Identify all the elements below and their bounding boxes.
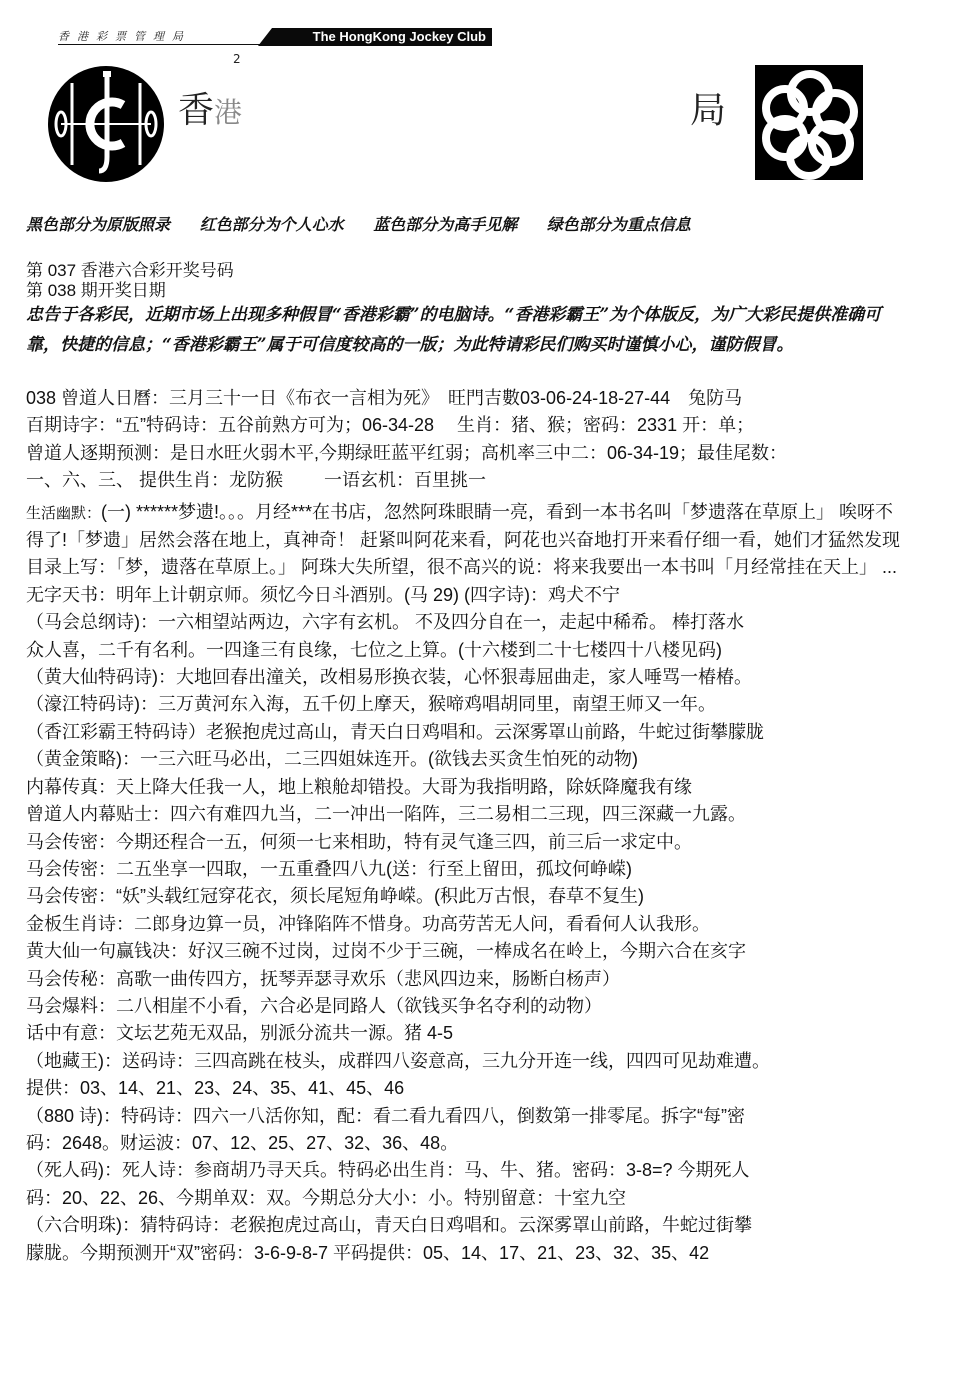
legend-black: 黑色部分为原版照录 [26, 215, 170, 234]
warning-notice: 忠告于各彩民，近期市场上出现多种假冒“香港彩霸”的电脑诗。“香港彩霸王”为个体版… [26, 300, 906, 360]
content-line: 百期诗字：“五”特码诗：五谷前熟方可为；06-34-28 生肖：猪、猴；密码：2… [26, 412, 906, 439]
content-line: （黄金策略)：一三六旺马必出，二三四姐妹连开。(欲钱去买贪生怕死的动物) [26, 746, 906, 773]
content-line: 黄大仙一句赢钱决：好汉三碗不过岗，过岗不少于三碗，一棒成名在岭上，今期六合在亥字 [26, 938, 906, 965]
content-line: 038 曾道人日曆：三月三十一日《布衣一言相为死》 旺門吉數03-06-24-1… [26, 385, 906, 412]
content-line: （马会总纲诗)：一六相望站两边，六字有玄机。 不及四分自在一，走起中稀希。 棒打… [26, 609, 906, 636]
legend-red: 红色部分为个人心水 [200, 215, 344, 234]
content-line: 马会传秘：高歌一曲传四方，抚琴弄瑟寻欢乐（悲风四边来，肠断白杨声） [26, 966, 906, 993]
content-line: 曾道人内幕贴士：四六有难四九当，二一冲出一陷阵，三二易相二三现，四三深藏一九露。 [26, 801, 906, 828]
content-line: 提供：03、14、21、23、24、35、41、45、46 [26, 1075, 906, 1102]
content-line: （濠江特码诗)：三万黄河东入海，五千仞上摩天，猴啼鸡唱胡同里，南望王师又一年。 [26, 691, 906, 718]
content-line: 曾道人逐期预测：是日水旺火弱木平,今期绿旺蓝平红弱；高机率三中二：06-34-1… [26, 440, 906, 467]
legend-green: 绿色部分为重点信息 [547, 215, 691, 234]
content-line: 话中有意：文坛艺苑无双品，别派分流共一源。猪 4-5 [26, 1020, 906, 1047]
content-line: 众人喜，二千有名利。一四逢三有良缘，七位之上算。(十六楼到二十七楼四十八楼见码) [26, 637, 906, 664]
title-fragment-left: 香港 [178, 82, 242, 133]
title-char-partial: 港 [214, 96, 242, 129]
banner-english-title: The HongKong Jockey Club [258, 28, 492, 46]
legend-blue: 蓝色部分为高手见解 [373, 215, 517, 234]
content-line: 金板生肖诗：二郎身边算一员，冲锋陷阵不惜身。功高劳苦无人问，看看何人认我形。 [26, 911, 906, 938]
content-line: 马会传密：今期还程合一五，何须一七来相助，特有灵气逢三四，前三后一求定中。 [26, 829, 906, 856]
header-banner: 香港彩票管理局 The HongKong Jockey Club [58, 28, 492, 46]
jockey-club-logo-icon [47, 65, 165, 183]
content-line: 码：20、22、26、今期单双：双。今期总分大小：小。特别留意：十室九空 [26, 1185, 906, 1212]
content-line: 马会传密：二五坐享一四取，一五重叠四八九(送：行至上留田，孤坟何峥嵘) [26, 856, 906, 883]
banner-underline [58, 44, 288, 45]
content-line: （地藏王)：送码诗：三四高跳在枝头，成群四八姿意高，三九分开连一线，四四可见劫难… [26, 1048, 906, 1075]
content-line: （死人码)：死人诗：参商胡乃寻天兵。特码必出生肖：马、牛、猪。密码：3-8=? … [26, 1157, 906, 1184]
main-content: 038 曾道人日曆：三月三十一日《布衣一言相为死》 旺門吉數03-06-24-1… [26, 385, 906, 1267]
humor-text: (一) ******梦遗!。。。月经***在书店，忽然阿珠眼睛一亮，看到一本书名… [26, 502, 900, 578]
content-line: 朦胧。今期预测开“双”密码：3-6-9-8-7 平码提供：05、14、17、21… [26, 1240, 906, 1267]
flower-rings-logo-icon [755, 65, 863, 180]
title-char: 香 [178, 90, 214, 131]
content-line: （黄大仙特码诗)：大地回春出潼关，改相易形换衣装，心怀狠毒屈曲走，家人唾骂一椿椿… [26, 664, 906, 691]
content-line: （香江彩霸王特码诗）老猴抱虎过高山，青天白日鸡唱和。云深雾罩山前路，牛蛇过街攀朦… [26, 719, 906, 746]
content-line: 码：2648。财运波：07、12、25、27、32、36、48。 [26, 1130, 906, 1157]
humor-label: 生活幽默： [26, 505, 101, 522]
content-line: 马会爆料：二八相崖不小看，六合必是同路人（欲钱买争名夺利的动物） [26, 993, 906, 1020]
content-line: （六合明珠)：猜特码诗：老猴抱虎过高山，青天白日鸡唱和。云深雾罩山前路，牛蛇过街… [26, 1212, 906, 1239]
content-line: 内幕传真：天上降大任我一人，地上粮舱却错投。大哥为我指明路，除妖降魔我有缘 [26, 774, 906, 801]
humor-paragraph: 生活幽默：(一) ******梦遗!。。。月经***在书店，忽然阿珠眼睛一亮，看… [26, 499, 906, 582]
color-legend: 黑色部分为原版照录 红色部分为个人心水 蓝色部分为高手见解 绿色部分为重点信息 [26, 212, 926, 235]
content-line: 马会传密：“妖”头载红冠穿花衣，须长尾短角峥嵘。(积此万古恨，春草不复生) [26, 883, 906, 910]
content-line: 一、六、三、 提供生肖：龙防猴 一语玄机：百里挑一 [26, 467, 906, 494]
content-line: （880 诗)：特码诗：四六一八活你知，配：看二看九看四八，倒数第一排零尾。拆字… [26, 1103, 906, 1130]
page-number: 2 [233, 52, 241, 66]
content-line: 无字天书：明年上计朝京师。须忆今日斗酒别。(马 29) (四字诗)：鸡犬不宁 [26, 582, 906, 609]
title-fragment-right: 局 [690, 82, 726, 133]
issue-draw-date: 第 038 期开奖日期 [26, 276, 166, 301]
